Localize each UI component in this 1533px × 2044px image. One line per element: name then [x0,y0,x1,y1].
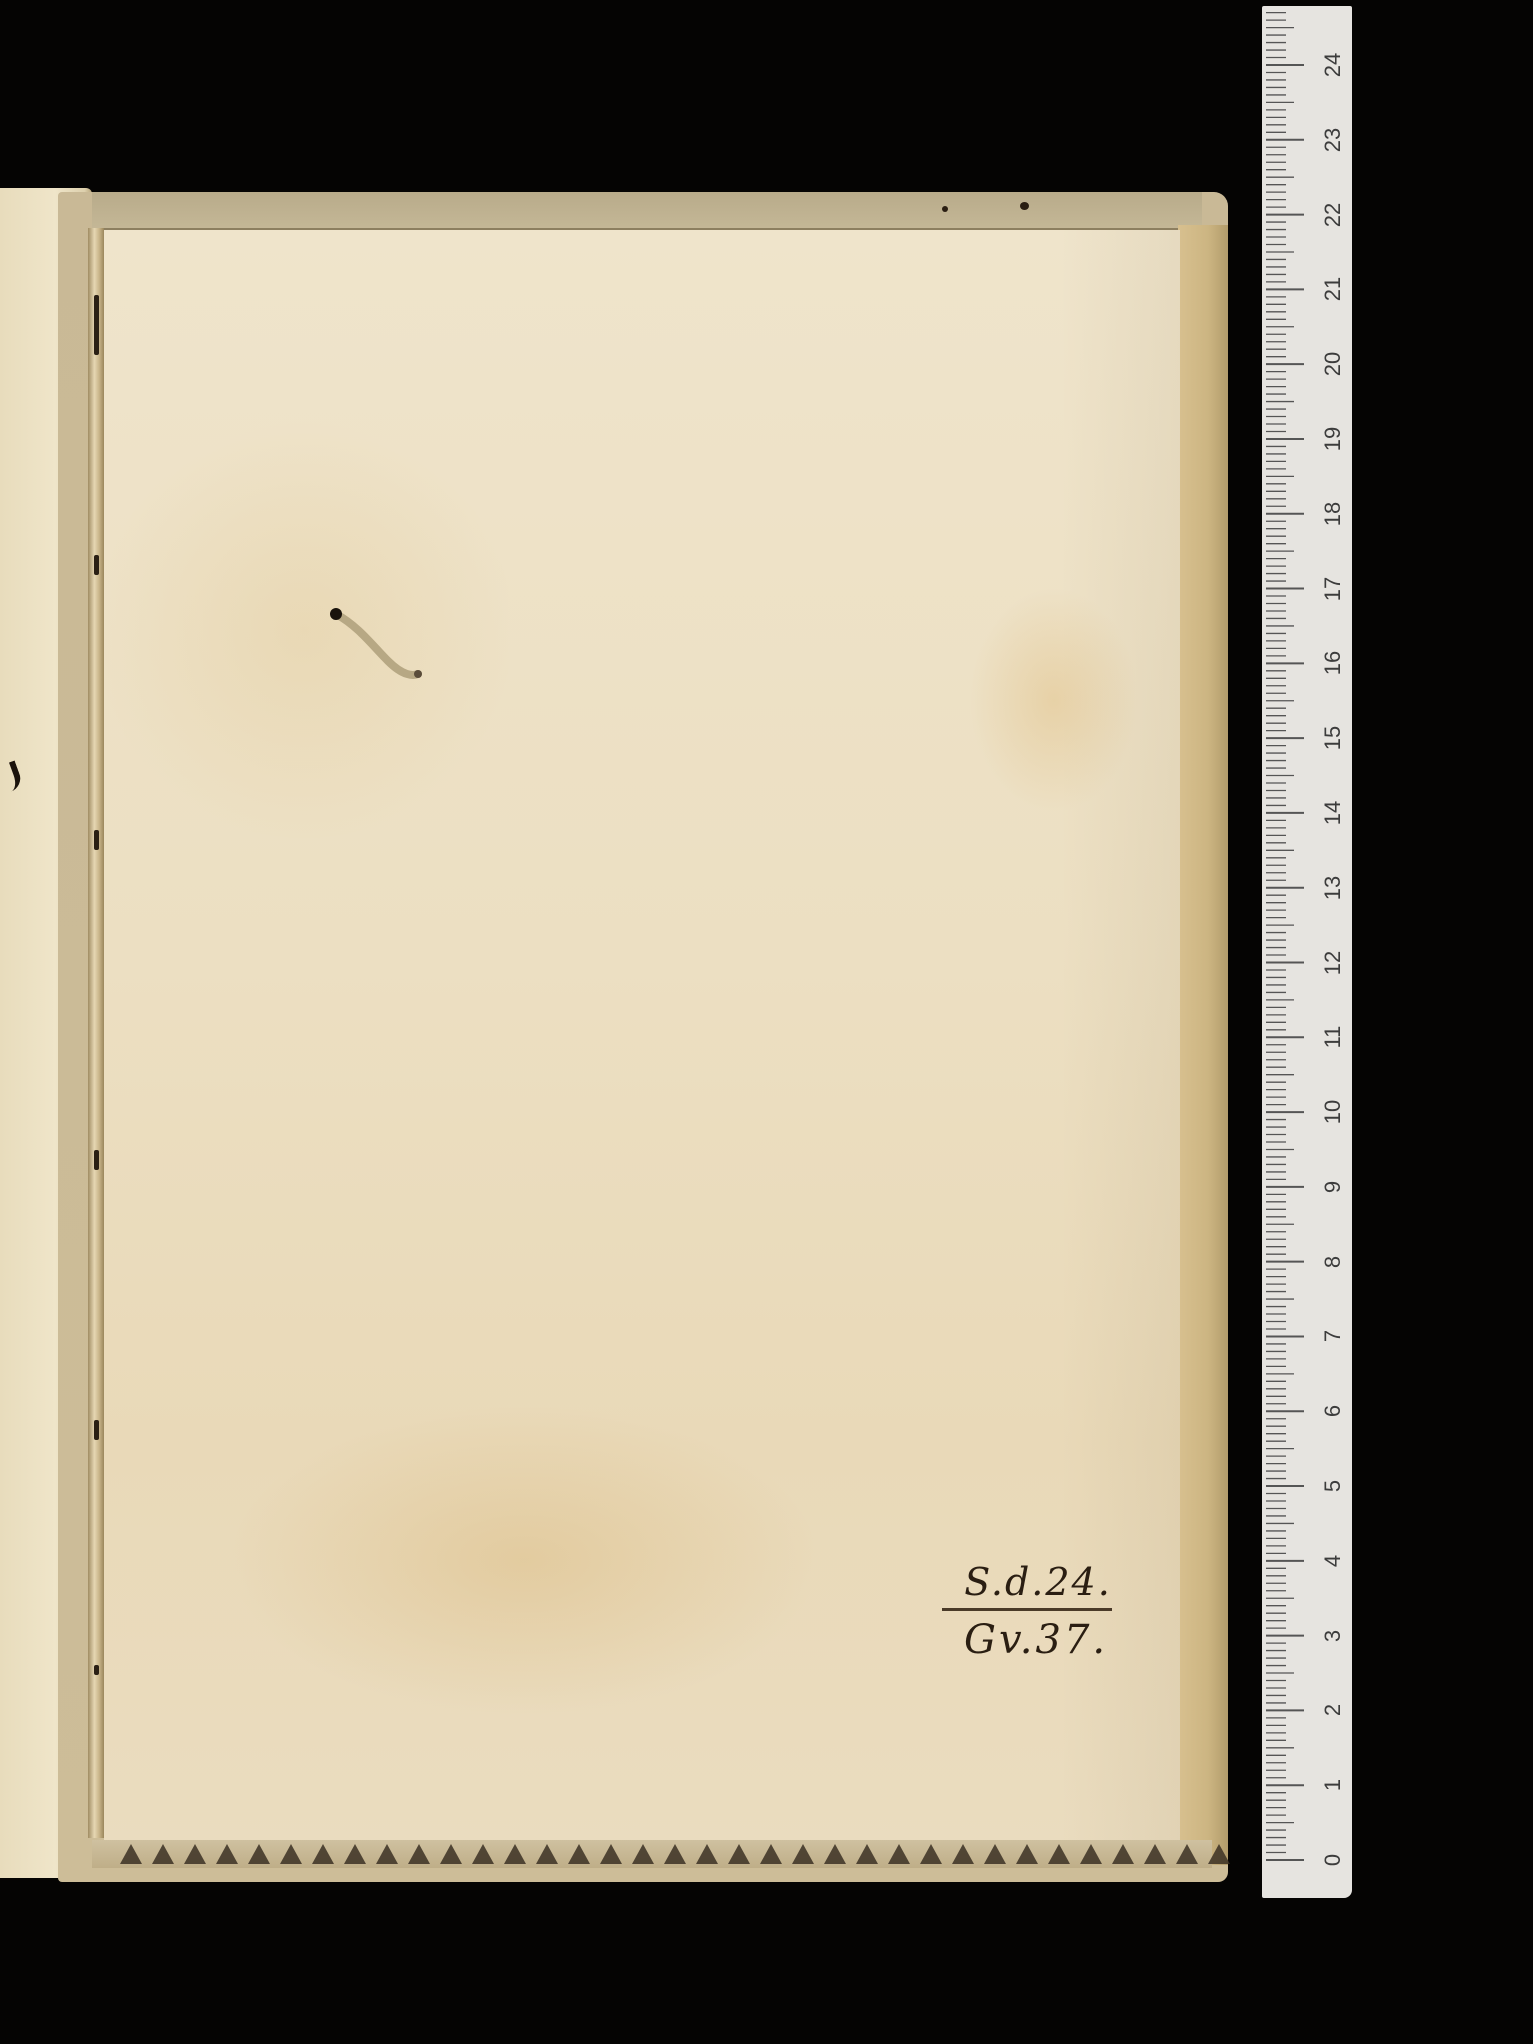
ruler-label: 6 [1320,1394,1346,1428]
stamp-ornament [440,1844,462,1864]
ruler-label: 0 [1320,1843,1346,1877]
stamp-ornament [376,1844,398,1864]
ruler-label: 9 [1320,1170,1346,1204]
stamp-ornament [408,1844,430,1864]
ruler-label: 24 [1320,48,1346,82]
stamp-ornament [600,1844,622,1864]
ruler-label: 22 [1320,198,1346,232]
ruler-label: 20 [1320,347,1346,381]
stamp-ornament [632,1844,654,1864]
ruler-label: 16 [1320,646,1346,680]
stamp-ornament [1016,1844,1038,1864]
top-turn-in [92,192,1202,230]
ruler-label: 3 [1320,1619,1346,1653]
stamp-ornament [920,1844,942,1864]
stamp-ornament [568,1844,590,1864]
sewing-station [94,1420,99,1440]
ruler-label: 21 [1320,272,1346,306]
stamp-ornament [1176,1844,1198,1864]
ruler-label: 12 [1320,946,1346,980]
stamp-ornament [184,1844,206,1864]
ink-mark [0,760,24,793]
shelfmark-rule [942,1608,1112,1611]
ruler-label: 19 [1320,422,1346,456]
stamp-ornament [1112,1844,1134,1864]
measuring-ruler: 0123456789101112131415161718192021222324 [1262,6,1352,1898]
stamp-ornament [664,1844,686,1864]
stamp-ornament [984,1844,1006,1864]
ruler-label: 23 [1320,123,1346,157]
ruler-label: 17 [1320,572,1346,606]
stamp-ornament [504,1844,526,1864]
ruler-ticks [1262,6,1312,1898]
ruler-label: 5 [1320,1469,1346,1503]
ruler-label: 18 [1320,497,1346,531]
stamp-ornament [344,1844,366,1864]
sewing-station [94,830,99,850]
stamp-ornament [1048,1844,1070,1864]
ruler-label: 13 [1320,871,1346,905]
sewing-station [94,1665,99,1675]
stamp-ornament [280,1844,302,1864]
stamp-ornament [696,1844,718,1864]
stamp-ornament [1144,1844,1166,1864]
stamp-ornament [888,1844,910,1864]
stamp-ornament [120,1844,142,1864]
ruler-label: 2 [1320,1693,1346,1727]
right-turn-in [1178,225,1228,1865]
ruler-label: 15 [1320,721,1346,755]
stamp-ornament [952,1844,974,1864]
stamp-ornament [728,1844,750,1864]
sewing-station [94,1150,99,1170]
stamp-ornament [792,1844,814,1864]
stamp-ornament [760,1844,782,1864]
shelfmark-line-1: S.d.24. [948,1560,1128,1604]
ruler-label: 1 [1320,1768,1346,1802]
ruler-label: 7 [1320,1319,1346,1353]
stamp-ornament [1208,1844,1230,1864]
sewing-station [94,555,99,575]
ruler-label: 8 [1320,1245,1346,1279]
ruler-label: 10 [1320,1095,1346,1129]
stamp-ornament [248,1844,270,1864]
gutter [88,228,104,1838]
stamp-ornament [856,1844,878,1864]
wormhole-dot [942,206,948,212]
shelfmark-annotation: S.d.24. Gv.37. [948,1560,1128,1663]
bottom-turn-in-decoration [92,1840,1212,1868]
stamp-ornament [216,1844,238,1864]
sewing-station [94,295,99,355]
stamp-ornament [536,1844,558,1864]
stamp-ornament [824,1844,846,1864]
shelfmark-line-2: Gv.37. [948,1617,1128,1663]
stamp-ornament [472,1844,494,1864]
worm-track [328,606,428,686]
ruler-label: 4 [1320,1544,1346,1578]
ruler-label: 14 [1320,796,1346,830]
wormhole-dot [1020,202,1029,210]
ruler-label: 11 [1320,1020,1346,1054]
stamp-ornament [312,1844,334,1864]
stamp-ornament [1080,1844,1102,1864]
stamp-ornament [152,1844,174,1864]
